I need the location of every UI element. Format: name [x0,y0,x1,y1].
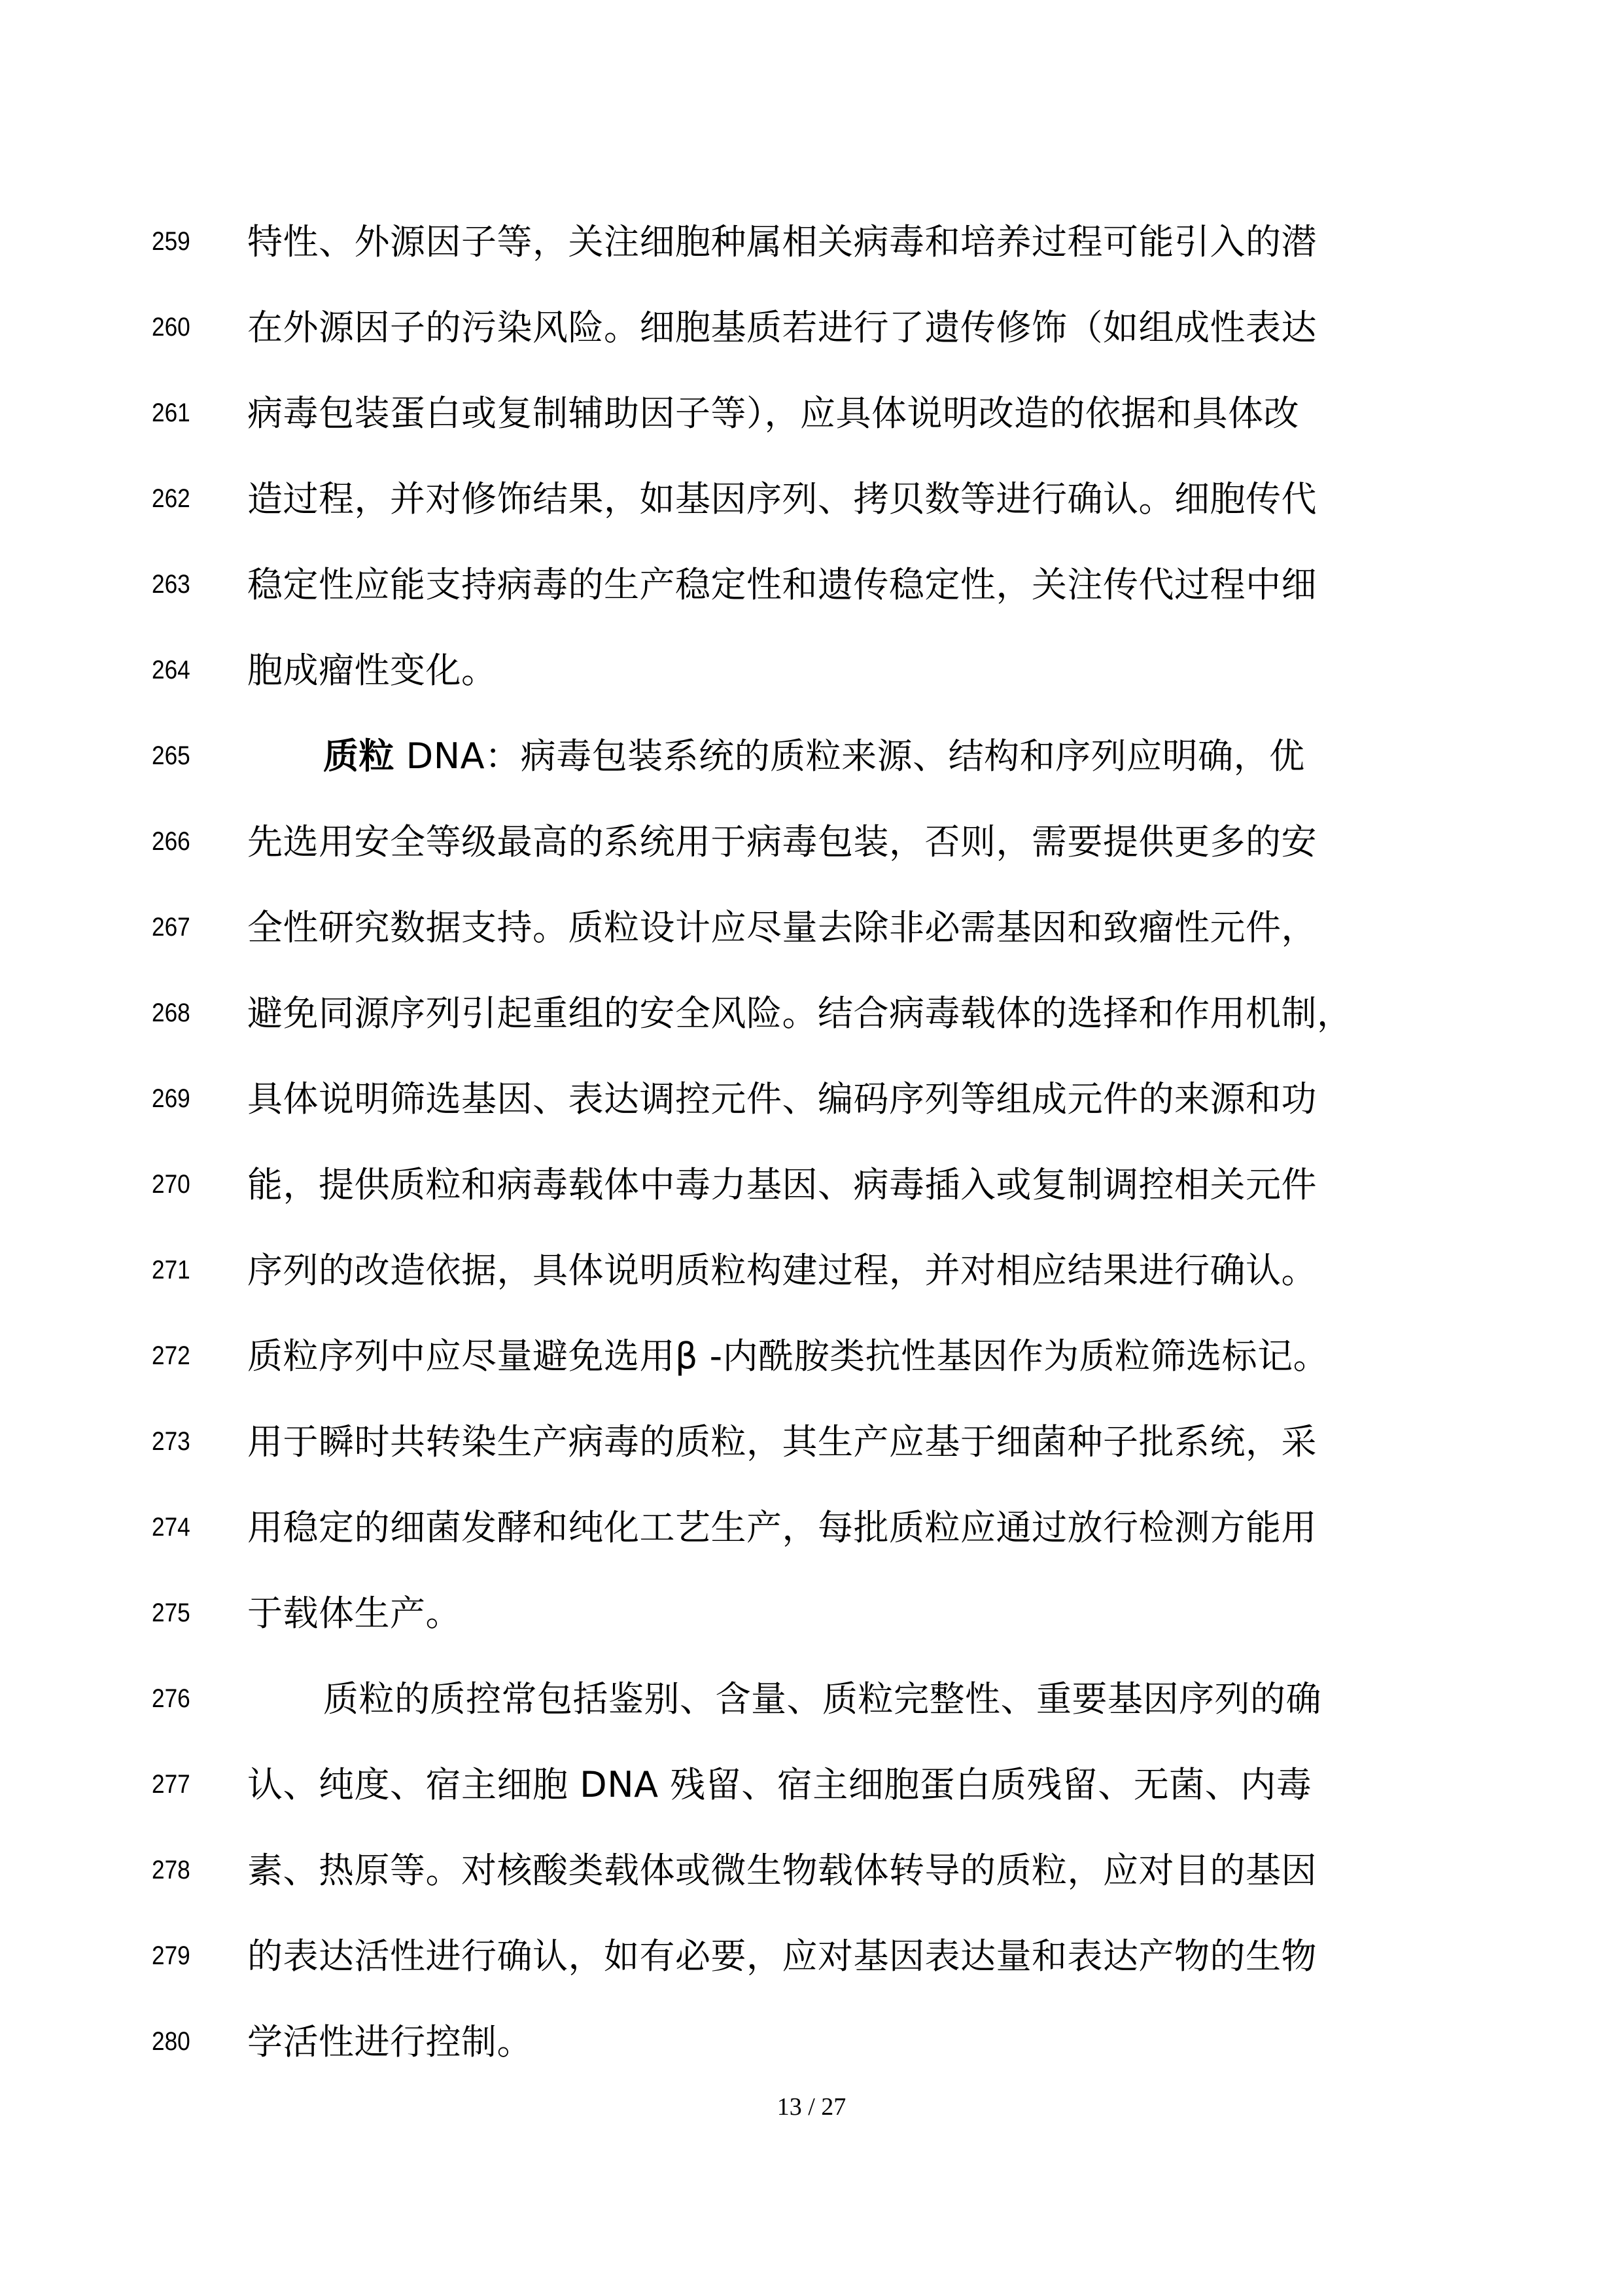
line-text: 病毒包装蛋白或复制辅助因子等），应具体说明改造的依据和具体改 [247,370,1418,456]
line-number: 275 [152,1570,198,1656]
line-text: 学活性进行控制。 [247,1999,1418,2085]
line-270: 270 能，提供质粒和病毒载体中毒力基因、病毒插入或复制调控相关元件 [0,1142,1623,1227]
line-259: 259 特性、外源因子等，关注细胞种属相关病毒和培养过程可能引入的潜 [0,199,1623,285]
section-heading: 质粒 [323,735,394,777]
line-text: 能，提供质粒和病毒载体中毒力基因、病毒插入或复制调控相关元件 [247,1142,1418,1227]
line-number: 262 [152,456,198,542]
line-272: 272 质粒序列中应尽量避免选用β -内酰胺类抗性基因作为质粒筛选标记。 [0,1313,1623,1399]
line-264: 264 胞成瘤性变化。 [0,627,1623,713]
line-number: 274 [152,1485,198,1570]
line-280: 280 学活性进行控制。 [0,1999,1623,2085]
line-text: 先选用安全等级最高的系统用于病毒包装，否则，需要提供更多的安 [247,799,1418,885]
document-page: 259 特性、外源因子等，关注细胞种属相关病毒和培养过程可能引入的潜 260 在… [0,0,1623,2296]
line-text: 特性、外源因子等，关注细胞种属相关病毒和培养过程可能引入的潜 [247,199,1418,285]
line-262: 262 造过程，并对修饰结果，如基因序列、拷贝数等进行确认。细胞传代 [0,456,1623,542]
line-269: 269 具体说明筛选基因、表达调控元件、编码序列等组成元件的来源和功 [0,1056,1623,1142]
line-text-rest: DNA：病毒包装系统的质粒来源、结构和序列应明确，优 [394,735,1305,777]
line-text: 避免同源序列引起重组的安全风险。结合病毒载体的选择和作用机制， [247,970,1418,1056]
line-text: 具体说明筛选基因、表达调控元件、编码序列等组成元件的来源和功 [247,1056,1418,1142]
line-text: 序列的改造依据，具体说明质粒构建过程，并对相应结果进行确认。 [247,1227,1418,1313]
line-273: 273 用于瞬时共转染生产病毒的质粒，其生产应基于细菌种子批系统，采 [0,1399,1623,1485]
line-number: 276 [152,1656,198,1742]
line-261: 261 病毒包装蛋白或复制辅助因子等），应具体说明改造的依据和具体改 [0,370,1623,456]
line-text: 造过程，并对修饰结果，如基因序列、拷贝数等进行确认。细胞传代 [247,456,1418,542]
line-number: 280 [152,1999,198,2085]
line-text: 用于瞬时共转染生产病毒的质粒，其生产应基于细菌种子批系统，采 [247,1399,1418,1485]
line-text: 的表达活性进行确认，如有必要，应对基因表达量和表达产物的生物 [247,1913,1418,1999]
page-number: 13 / 27 [0,2093,1623,2121]
line-279: 279 的表达活性进行确认，如有必要，应对基因表达量和表达产物的生物 [0,1913,1623,1999]
line-274: 274 用稳定的细菌发酵和纯化工艺生产，每批质粒应通过放行检测方能用 [0,1485,1623,1570]
line-277: 277 认、纯度、宿主细胞 DNA 残留、宿主细胞蛋白质残留、无菌、内毒 [0,1742,1623,1828]
line-number: 271 [152,1227,198,1313]
line-number: 259 [152,199,198,285]
line-number: 267 [152,885,198,970]
line-268: 268 避免同源序列引起重组的安全风险。结合病毒载体的选择和作用机制， [0,970,1623,1056]
line-text: 用稳定的细菌发酵和纯化工艺生产，每批质粒应通过放行检测方能用 [247,1485,1418,1570]
line-text: 全性研究数据支持。质粒设计应尽量去除非必需基因和致瘤性元件， [247,885,1418,970]
line-265: 265 质粒 DNA：病毒包装系统的质粒来源、结构和序列应明确，优 [0,713,1623,799]
line-text: 质粒的质控常包括鉴别、含量、质粒完整性、重要基因序列的确 [323,1656,1494,1742]
line-text: 质粒 DNA：病毒包装系统的质粒来源、结构和序列应明确，优 [323,713,1494,799]
line-number: 277 [152,1742,198,1828]
line-number: 265 [152,713,198,799]
line-263: 263 稳定性应能支持病毒的生产稳定性和遗传稳定性，关注传代过程中细 [0,542,1623,627]
line-text: 胞成瘤性变化。 [247,627,1418,713]
line-number: 278 [152,1828,198,1913]
line-278: 278 素、热原等。对核酸类载体或微生物载体转导的质粒，应对目的基因 [0,1828,1623,1913]
line-text: 于载体生产。 [247,1570,1418,1656]
line-number: 268 [152,970,198,1056]
line-text: 认、纯度、宿主细胞 DNA 残留、宿主细胞蛋白质残留、无菌、内毒 [247,1742,1418,1828]
line-number: 279 [152,1913,198,1999]
line-276: 276 质粒的质控常包括鉴别、含量、质粒完整性、重要基因序列的确 [0,1656,1623,1742]
line-number: 263 [152,542,198,627]
line-text: 稳定性应能支持病毒的生产稳定性和遗传稳定性，关注传代过程中细 [247,542,1418,627]
line-number: 264 [152,627,198,713]
line-266: 266 先选用安全等级最高的系统用于病毒包装，否则，需要提供更多的安 [0,799,1623,885]
line-text: 在外源因子的污染风险。细胞基质若进行了遗传修饰（如组成性表达 [247,285,1418,370]
line-260: 260 在外源因子的污染风险。细胞基质若进行了遗传修饰（如组成性表达 [0,285,1623,370]
line-271: 271 序列的改造依据，具体说明质粒构建过程，并对相应结果进行确认。 [0,1227,1623,1313]
line-number: 266 [152,799,198,885]
line-text: 素、热原等。对核酸类载体或微生物载体转导的质粒，应对目的基因 [247,1828,1418,1913]
line-number: 273 [152,1399,198,1485]
line-number: 261 [152,370,198,456]
line-number: 272 [152,1313,198,1399]
line-number: 269 [152,1056,198,1142]
line-number: 260 [152,285,198,370]
line-number: 270 [152,1142,198,1227]
line-text: 质粒序列中应尽量避免选用β -内酰胺类抗性基因作为质粒筛选标记。 [247,1313,1418,1399]
line-275: 275 于载体生产。 [0,1570,1623,1656]
line-267: 267 全性研究数据支持。质粒设计应尽量去除非必需基因和致瘤性元件， [0,885,1623,970]
